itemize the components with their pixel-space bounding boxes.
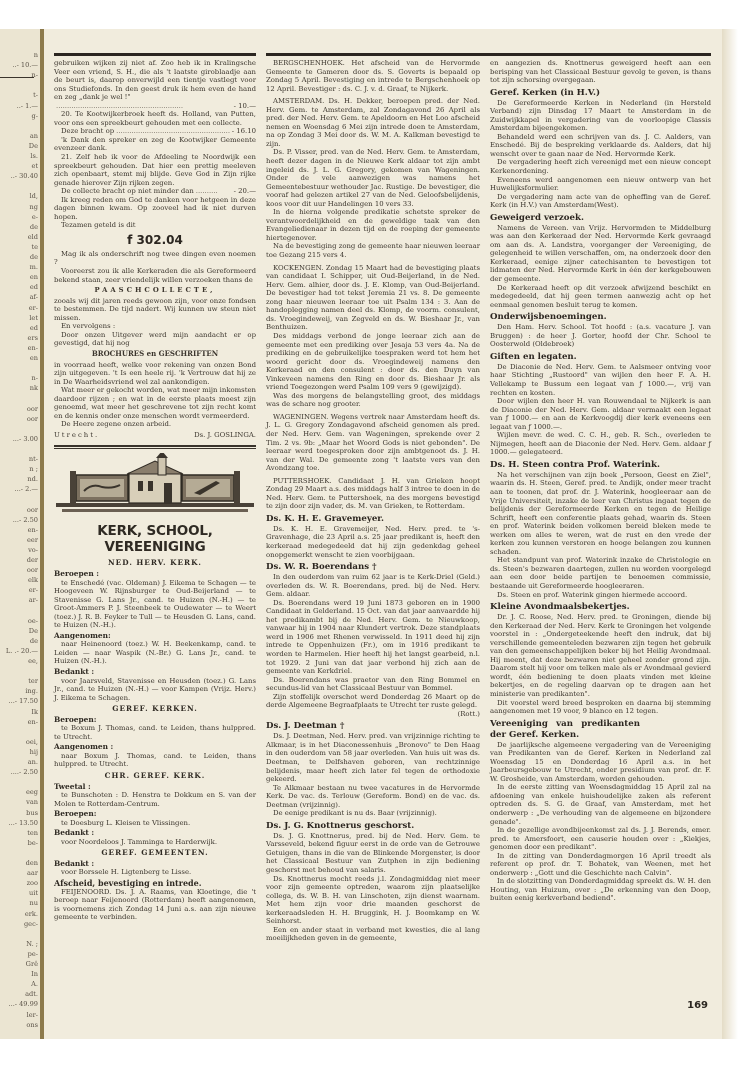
article-body: Dr. J. C. Roose, Ned. Herv. pred. te Gro… [490,613,711,716]
church-illustration-icon [54,453,256,521]
paragraph: Ds. Boerendans werd 19 Juni 1873 geboren… [266,599,480,676]
page-edge-shadow [722,29,738,1039]
article-heading: Onderwijsbenoemingen. [490,312,711,323]
article-heading: Ds. J. Deetman † [266,721,480,732]
text-fragment: eer [27,536,38,544]
leader-dots: ........................................… [116,127,230,136]
text-fragment: en [30,354,38,362]
article-body: De Diaconie de Ned. Herv. Gem. te Aalsme… [490,363,711,457]
text-fragment: A. [31,980,38,988]
total-amount: f 302.04 [54,232,256,248]
paragraph: Ds. P. Visser, pred. van de Ned. Herv. G… [266,148,480,208]
text-fragment: erk. [25,910,38,918]
article-body: De Gereformeerde Kerken in Nederland (in… [490,99,711,210]
signature: Utrecht. Ds. J. GOSLINGA. [54,431,256,440]
paragraph: in voorraad heeft, welke voor rekening v… [54,361,256,387]
text-fragment: ar- [29,596,38,604]
text-fragment: en- [28,344,38,352]
appointment-label: Bedankt : [54,860,256,869]
text-fragment: e- [32,213,38,221]
text-fragment: n [34,51,38,59]
paragraph: Te Alkmaar bestaan nu twee vacatures in … [266,784,480,810]
section-banner [54,453,256,521]
paragraph: Ds. J. G. Knottnerus, pred. bij de Ned. … [266,832,480,875]
appointments-list: NED. HERV. KERK.Beroepen :te Enschedé (v… [54,559,256,877]
text-fragment: an [30,132,38,140]
amount-label: Deze bracht op [61,127,114,136]
article-body: In den ouderdom van ruim 62 jaar is te K… [266,573,480,710]
text-fragment: m. [30,263,38,271]
paragraph: KOCKENGEN. Zondag 15 Maart had de bevest… [266,264,480,332]
paragraph: In de gezellige avondbijeenkomst zal ds.… [490,826,711,852]
amount-line: De collecte bracht op niet minder dan ..… [54,187,256,196]
text-fragment: nk [30,384,38,392]
paragraph: Zijn stoffelijk overschot werd Donderdag… [266,693,480,710]
paragraph: PUTTERSHOEK. Candidaat J. H. van Grieken… [266,477,480,511]
text-fragment: ...- 3.00 [13,435,38,443]
appointment-label: Beroepen : [54,570,256,579]
text-fragment: er- [29,304,38,312]
previous-page-rule [0,77,34,78]
paragraph: In den ouderdom van ruim 62 jaar is te K… [266,573,480,599]
text-fragment: ler- [27,1011,38,1019]
paragraph: Ds. Boerendans was praetor van den Ring … [266,676,480,693]
text-fragment: adt. [25,990,38,998]
paragraph: Tezamen geteld is dit [54,221,256,230]
paragraph: In de zitting van Donderdagmorgen 16 Apr… [490,852,711,878]
paragraph: De Heere zegene onzen arbeid. [54,420,256,429]
amount-line: ........................................… [54,102,256,111]
paragraph: De Diaconie de Ned. Herv. Gem. te Aalsme… [490,363,711,397]
paragraph: Ds. Steen en prof. Waterink gingen hierm… [490,591,711,600]
text-fragment: ...- 2.50 [13,516,38,524]
text-fragment: n ; [29,465,38,473]
text-fragment: De [29,627,38,635]
paragraph: De Kerkeraad heeft op dit verzoek afwijz… [490,284,711,310]
text-fragment: zoo [27,879,38,887]
text-fragment: ons [26,1021,38,1029]
appointment-text: voor Borssele H. Ligtenberg te Lisse. [54,868,256,877]
appointment-label: Aangenomen : [54,743,256,752]
text-fragment: g- [32,112,38,120]
text-fragment: oor [27,405,38,413]
text-fragment: be- [28,839,38,847]
text-fragment: oor [27,566,38,574]
paragraph: Eveneens werd aangenomen een nieuw ontwe… [490,176,711,193]
text-fragment: In [31,970,38,978]
article-heading: Geref. Kerken (in H.V.) [490,88,711,99]
text-fragment: vo- [28,546,38,554]
denomination-heading: GEREF. KERKEN. [54,705,256,714]
text-fragment: ...- 2.— [15,485,39,493]
text-fragment: ed [30,324,38,332]
amount: - 20.— [234,187,256,196]
paragraph: Ik kreeg reden om God te danken voor het… [54,196,256,222]
paragraph: De vergadering heeft zich vereenigd met … [490,158,711,175]
paragraph: Na de bevestiging zong de gemeente haar … [266,242,480,259]
text-fragment: N. ; [26,940,38,948]
paragraph: Was des morgens de belangstelling groot,… [266,392,480,409]
text-fragment: oor [27,506,38,514]
appointment-label: Beroepen: [54,810,256,819]
appointment-label: Bedankt : [54,668,256,677]
column-2: BERGSCHENHOEK. Het afscheid van de Hervo… [266,59,480,943]
text-fragment: ing. [25,687,38,695]
text-fragment: en [30,273,38,281]
paragraph: Door wijlen den heer H. van Rouwendaal t… [490,397,711,431]
paragraph: AMSTERDAM. Ds. H. Dekker, beroepen pred.… [266,97,480,148]
amount-line: gebruiken wijken zij niet af. Zoo heb ik… [54,59,256,102]
denomination-heading: NED. HERV. KERK. [54,559,256,568]
paragraph: en aangezien ds. Knottnerus geweigerd he… [490,59,711,85]
appointment-label: Aangenomen: [54,632,256,641]
paragraph: De jaarlijksche algemeene vergadering va… [490,741,711,784]
text-fragment: ...- 49.99 [9,1000,39,1008]
text-fragment: ter [28,677,38,685]
double-rule [54,445,256,449]
page-number: 169 [687,1000,708,1011]
paragraph: Namens de Vereen. van Vrijz. Hervormden … [490,224,711,284]
article-body: Na het verschijnen van zijn boek „Persoo… [490,471,711,599]
paragraph: In de hierna volgende predikatie schetst… [266,208,480,242]
paragraph: Wat meer er gekocht worden, wat meer mij… [54,386,256,420]
paragraph: 'k Dank den spreker en zeg de Kootwijker… [54,136,256,153]
text-fragment: eld [28,233,38,241]
text-fragment: De [29,142,38,150]
text-fragment: de [30,637,38,645]
text-fragment: aar [27,869,38,877]
text-fragment: ...- 13.50 [9,819,39,827]
text-fragment: Ik [31,708,38,716]
paragraph: Des middags verbond de jonge leeraar zic… [266,332,480,392]
amount: - 10.— [234,102,256,111]
text-fragment: nu [30,899,39,907]
paragraph: Wijlen mevr. de wed. C. C. H., geb. R. S… [490,431,711,457]
paragraph: Mag ik als onderschrift nog twee dingen … [54,250,256,267]
article-heading: Vereeniging van predikanten der Geref. K… [490,719,640,741]
farewell-heading: Afscheid, bevestiging en intrede. [54,879,256,888]
bold-heading: BROCHURES en GESCHRIFTEN [54,350,256,359]
text-fragment: hij [30,748,38,756]
paragraph: De eenige predikant is nu ds. Baar (vrij… [266,809,480,818]
appointment-text: te Bunschoten : D. Henstra te Dokkum en … [54,791,256,808]
text-fragment: L. .- 20.— [6,647,38,655]
text-fragment: ee, [28,657,38,665]
paragraph: 20. Te Kootwijkerbroek heeft ds. Holland… [54,110,256,127]
text-fragment: en- [28,526,38,534]
paragraph: Ds. K. H. E. Gravemeijer, Ned. Herv. pre… [266,525,480,559]
text-fragment: ..- 30.40 [11,172,38,180]
spaced-heading: PAASCHCOLLECTE, [54,286,256,295]
paragraph: In de slotzitting van Donderdagmiddag sp… [490,877,711,903]
paragraph: Door onzen Uitgever werd mijn aandacht e… [54,331,256,348]
text-fragment: ed [30,283,38,291]
appointment-label: Beroepen: [54,716,256,725]
paragraph: Vooreerst zou ik alle Kerkeraden die als… [54,267,256,284]
article-body: Ds. J. G. Knottnerus, pred. bij de Ned. … [266,832,480,943]
column-1: gebruiken wijken zij niet af. Zoo heb ik… [54,59,256,922]
paragraph: Ds. J. Deetman, Ned. Herv. pred. van vri… [266,732,480,783]
text-fragment: elk [28,576,38,584]
appointment-text: te Doesburg L. Kleisen te Vlissingen. [54,819,256,828]
paragraph: FEIJENOORD. Ds. J. A. Raams, van Kloetin… [54,888,256,922]
text-fragment: van [26,798,38,806]
leader-dots: ........................................… [56,102,232,111]
text-fragment: nd. [27,475,38,483]
section-title: KERK, SCHOOL, VEREENIGING [54,523,256,555]
paragraph: Na het verschijnen van zijn boek „Persoo… [490,471,711,556]
signature-name: Ds. J. GOSLINGA. [194,431,256,440]
leader-dots: .......... [196,187,232,196]
appointment-label: Tweetal : [54,783,256,792]
paragraph: zooals wij dit jaren reeds gewoon zijn, … [54,297,256,323]
article-body: Ds. J. Deetman, Ned. Herv. pred. van vri… [266,732,480,817]
text-fragment: er- [29,586,38,594]
text-fragment: et [31,162,38,170]
text-fragment: bus [26,809,38,817]
text-fragment: pe- [28,950,38,958]
text-fragment: eeg [26,788,38,796]
text-fragment: Grê [26,960,38,968]
paragraph: En vervolgens : [54,322,256,331]
paragraph: WAGENINGEN. Wegens vertrek naar Amsterda… [266,413,480,473]
paragraph: gebruiken wijken zij niet af. Zoo heb ik… [54,59,256,102]
text-fragment: oor [27,415,38,423]
article-heading: Ds. W. R. Boerendans † [266,562,480,573]
text-fragment: ls. [30,152,38,160]
paragraph: De vergadering nam acte van de opheffing… [490,193,711,210]
paragraph: Dr. J. C. Roose, Ned. Herv. pred. te Gro… [490,613,711,698]
appointment-text: voor Noordeloos J. Tamminga te Harderwij… [54,838,256,847]
previous-page-edge: n..- 10.—n-t-..- 1.—g-anDels.et..- 30.40… [0,29,40,1039]
article-heading: Kleine Avondmaalsbekertjes. [490,602,711,613]
text-fragment: ng [30,203,38,211]
article-heading: Ds. H. Steen contra Prof. Waterink. [490,460,711,471]
text-fragment: der [27,556,38,564]
church-news-list: BERGSCHENHOEK. Het afscheid van de Hervo… [266,59,480,511]
text-fragment: let [29,314,38,322]
text-fragment: ...- 17.50 [9,697,39,705]
appointment-text: te Enschedé (vac. Oldeman) J. Eikema te … [54,579,256,630]
text-fragment: af- [30,293,38,301]
appointment-text: te Boxum J. Thomas, cand. te Leiden, tha… [54,724,256,741]
text-fragment: gec- [24,920,38,928]
top-rule-col2-3 [266,53,711,56]
article-heading: Ds. K. H. E. Gravemeyer. [266,514,480,525]
text-fragment: nt- [29,455,38,463]
paragraph: Den Ham. Herv. School. Tot hoofd : (a.s.… [490,323,711,349]
appointment-label: Bedankt : [54,829,256,838]
paragraph: 21. Zelf heb ik voor de Afdeeling te Noo… [54,153,256,187]
text-fragment: uit [29,889,38,897]
paragraph: Dit voorstel werd breed besproken en daa… [490,699,711,716]
article-heading: Ds. J. G. Knottnerus geschorst. [266,821,480,832]
paragraph: Ds. Knottnerus mocht reeds j.l. Zondagmi… [266,875,480,926]
appointment-text: voor Jaarsveld, Stavenisse en Heusden (t… [54,677,256,703]
signature-city: Utrecht. [54,431,99,440]
appointment-text: naar Boxum J. Thomas, cand. te Leiden, t… [54,752,256,769]
magazine-page: gebruiken wijken zij niet af. Zoo heb ik… [44,29,722,1039]
paragraph: BERGSCHENHOEK. Het afscheid van de Hervo… [266,59,480,93]
text-fragment: n- [32,71,38,79]
text-fragment: ten [27,829,38,837]
article-heading: Giften en legaten. [490,352,711,363]
text-fragment: oei, [26,738,38,746]
source-credit: (Rott.) [266,710,480,719]
text-fragment: ..- 10.— [12,61,38,69]
paragraph: Behandeld werd een schrijven van ds. J. … [490,133,711,159]
text-fragment: t- [33,91,38,99]
appointment-text: naar Heinenoord (toez.) W. H. Beekenkamp… [54,640,256,666]
article-body: De jaarlijksche algemeene vergadering va… [490,741,711,903]
text-fragment: te [31,243,38,251]
text-fragment: ....- 2.50 [11,768,38,776]
paragraph: Een en ander staat in verband met kwesti… [266,926,480,943]
article-heading: Geweigerd verzoek. [490,213,711,224]
text-fragment: den [26,859,38,867]
text-fragment: de [30,253,38,261]
text-fragment: n- [32,374,38,382]
text-fragment: en- [28,718,38,726]
paragraph: In de eerste zitting van Woensdagmiddag … [490,783,711,826]
amount: - 16.10 [232,127,256,136]
text-fragment: ..- 1.— [17,102,38,110]
column-3: en aangezien ds. Knottnerus geweigerd he… [490,59,711,903]
top-rule-col1 [54,53,256,56]
amount-label: De collecte bracht op niet minder dan [61,187,194,196]
paragraph: De Gereformeerde Kerken in Nederland (in… [490,99,711,133]
denomination-heading: GEREF. GEMEENTEN. [54,849,256,858]
text-fragment: de [30,223,38,231]
article-body: Namens de Vereen. van Vrijz. Hervormden … [490,224,711,309]
text-fragment: ers [28,334,38,342]
amount-line: Deze bracht op .........................… [54,127,256,136]
paragraph: Het standpunt van prof. Waterink inzake … [490,556,711,590]
text-fragment: oe- [28,617,38,625]
text-fragment: an. [28,758,38,766]
text-fragment: ld, [30,192,38,200]
denomination-heading: CHR. GEREF. KERK. [54,772,256,781]
